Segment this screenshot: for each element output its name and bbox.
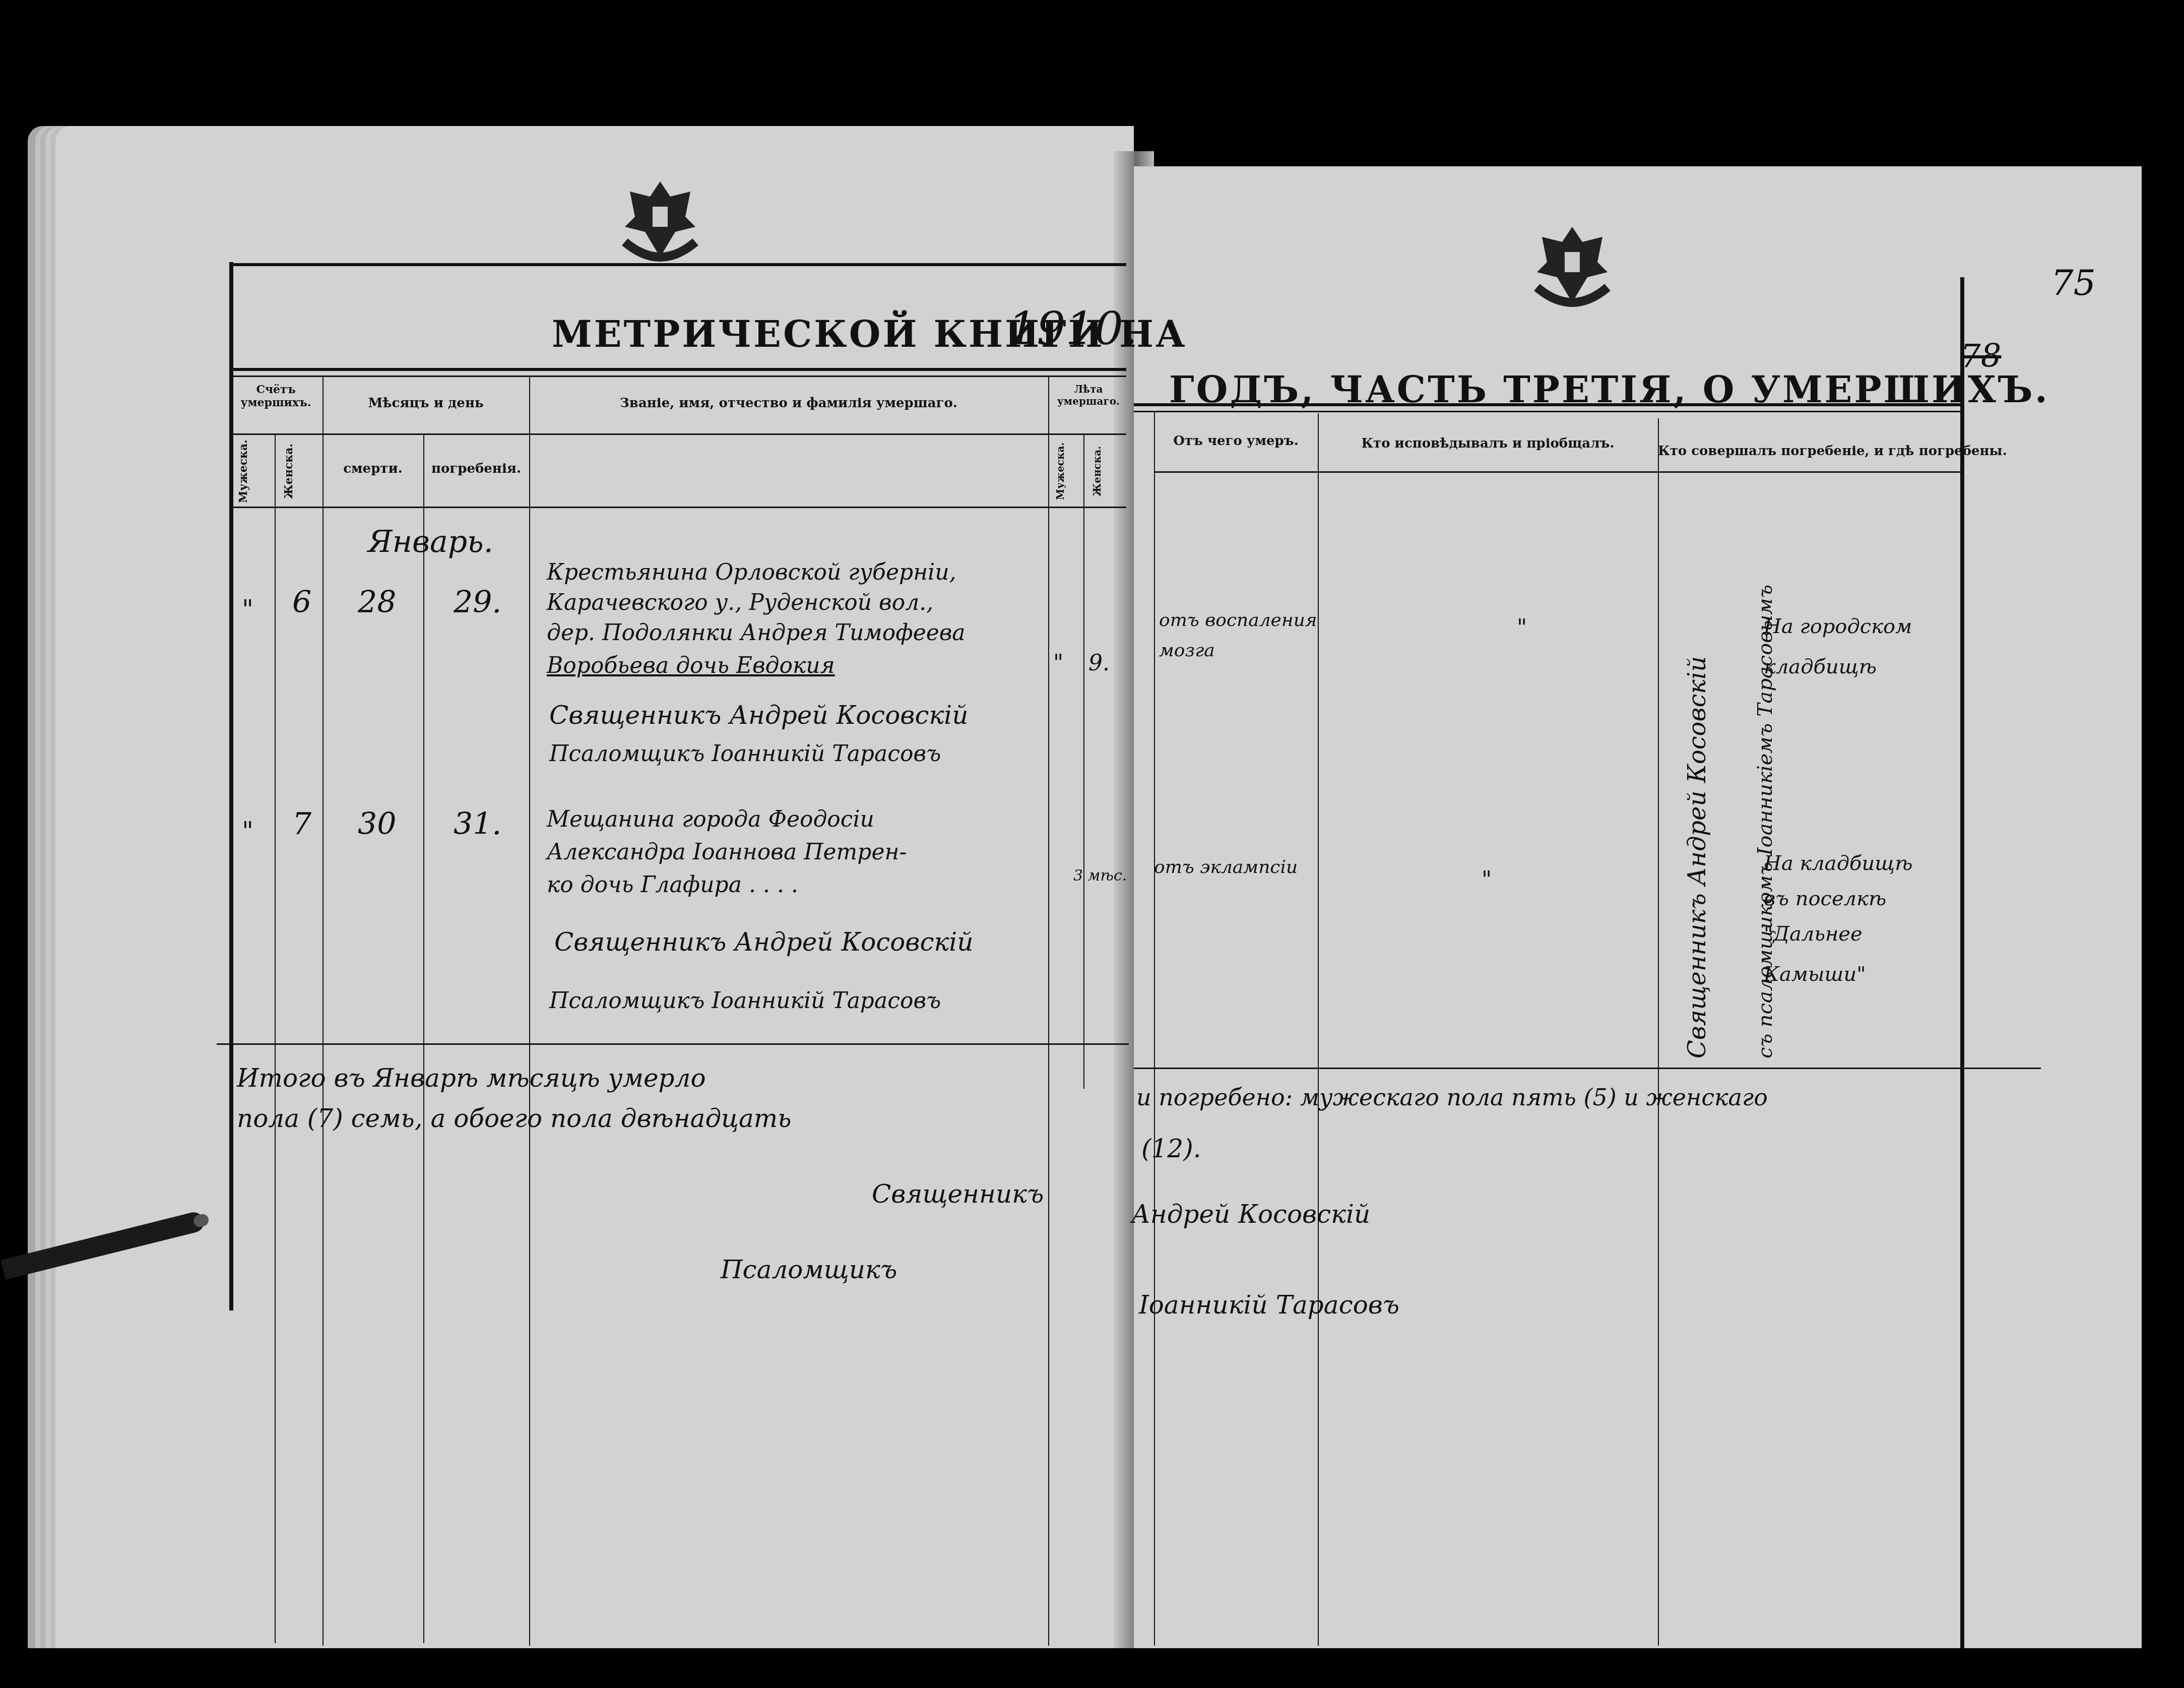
summary-line: Итого въ Январѣ мѣсяцѣ умерло xyxy=(237,1064,706,1093)
header-rule xyxy=(229,376,1126,377)
column-divider xyxy=(1658,418,1659,1646)
header-rule xyxy=(229,368,1126,371)
record-death-day: 28 xyxy=(358,585,396,620)
record-name-line: ко дочь Глафира . . . . xyxy=(547,872,798,898)
header-month-day: Мѣсяцъ и день xyxy=(323,396,529,411)
confessor: " xyxy=(1482,867,1492,893)
column-divider xyxy=(1048,376,1049,1646)
record-age-female: 9. xyxy=(1088,650,1110,676)
record-female-count: 6 xyxy=(292,585,311,620)
handwritten-year: 1910. xyxy=(1008,302,1138,355)
summary-rule xyxy=(217,1043,1129,1045)
burial-place: въ поселкѣ xyxy=(1764,887,1886,910)
left-frame-border xyxy=(229,262,233,1310)
column-divider xyxy=(275,433,276,1643)
record-age-female: 3 мѣс. xyxy=(1073,867,1127,885)
column-divider xyxy=(323,376,324,1646)
imperial-eagle-crest-icon xyxy=(615,171,705,267)
subheader-rule xyxy=(1154,471,1960,473)
burial-officiant-psalmist: съ псаломщикомъ Іоанникіемъ Тарасовымъ xyxy=(1754,454,1777,1058)
header-age: Лѣта умершаго. xyxy=(1051,383,1126,407)
subheader-rule xyxy=(229,433,1126,435)
record-name-line: Карачевского у., Руденской вол., xyxy=(547,590,933,615)
record-burial-day: 29. xyxy=(454,585,501,620)
column-divider xyxy=(1318,413,1319,1646)
record-male-count: " xyxy=(242,595,253,624)
summary-line: (12). xyxy=(1141,1134,1201,1163)
column-divider xyxy=(423,433,424,1643)
burial-officiant-priest: Священникъ Андрей Косовскій xyxy=(1683,575,1711,1058)
summary-psalmist-name: Іоанникій Тарасовъ xyxy=(1139,1290,1399,1320)
summary-line: и погребено: мужескаго пола пять (5) и ж… xyxy=(1136,1084,1768,1111)
summary-rule xyxy=(1134,1068,2041,1069)
burial-place: На кладбищѣ xyxy=(1764,852,1913,875)
priest-signature: Священникъ Андрей Косовскій xyxy=(549,701,969,730)
burial-place: Камыши" xyxy=(1764,963,1866,986)
cause-of-death: мозга xyxy=(1159,640,1215,661)
record-name-line: Мещанина города Феодосіи xyxy=(547,806,874,832)
right-page-title: ГОДЪ, ЧАСТЬ ТРЕТІЯ, О УМЕРШИХЪ. xyxy=(1169,368,2049,411)
priest-signature: Священникъ Андрей Косовскій xyxy=(554,927,974,957)
record-age-male: " xyxy=(1053,650,1063,676)
column-divider xyxy=(1154,411,1155,1646)
cause-of-death: отъ эклампсіи xyxy=(1154,857,1298,878)
record-male-count: " xyxy=(242,817,253,846)
header-age-male: Мужеска. xyxy=(1054,439,1066,504)
psalmist-signature: Псаломщикъ Іоанникій Тарасовъ xyxy=(549,988,941,1014)
header-burial: погребенія. xyxy=(423,461,529,476)
psalmist-signature: Псаломщикъ Іоанникій Тарасовъ xyxy=(549,741,941,767)
crossed-page-number: 78 xyxy=(1960,338,2001,375)
burial-place: На городском xyxy=(1764,615,1912,638)
imperial-eagle-crest-icon xyxy=(1527,217,1618,312)
cause-of-death: отъ воспаления xyxy=(1159,610,1317,631)
month-label: Январь. xyxy=(368,524,493,559)
header-count: Счётъ умершихъ. xyxy=(229,383,323,409)
column-divider xyxy=(529,376,530,1646)
column-divider xyxy=(1083,433,1084,1089)
record-name-line: Воробьева дочь Евдокия xyxy=(547,653,835,678)
header-burial-place: Кто совершалъ погребеніе, и гдѣ погребен… xyxy=(1658,444,1960,459)
subheader-rule xyxy=(229,507,1126,508)
burial-place: "Дальнее xyxy=(1764,922,1862,946)
summary-priest-name: Андрей Косовскій xyxy=(1131,1200,1370,1229)
header-death: смерти. xyxy=(323,461,423,476)
header-cause: Отъ чего умеръ. xyxy=(1154,433,1318,449)
record-name-line: Александра Іоаннова Петрен- xyxy=(547,839,907,865)
header-rule xyxy=(1134,411,1960,412)
header-name: Званіе, имя, отчество и фамилія умершаго… xyxy=(529,396,1048,411)
summary-priest-signature: Священникъ xyxy=(872,1179,1044,1209)
summary-line: пола (7) семь, а обоего пола двѣнадцать xyxy=(237,1104,791,1133)
header-female: Женска. xyxy=(282,439,295,504)
summary-psalmist-signature: Псаломщикъ xyxy=(721,1255,897,1284)
record-burial-day: 31. xyxy=(454,806,501,842)
header-age-female: Женска. xyxy=(1091,439,1103,504)
burial-place: кладбищѣ xyxy=(1764,655,1877,678)
record-death-day: 30 xyxy=(358,806,396,842)
page-number: 75 xyxy=(2051,262,2096,303)
record-female-count: 7 xyxy=(292,806,311,842)
right-frame-border xyxy=(1960,277,1964,1648)
header-confessor: Кто исповѣдывалъ и пріобщалъ. xyxy=(1318,436,1658,451)
record-name-line: дер. Подолянки Андрея Тимофеева xyxy=(547,620,966,646)
confessor: " xyxy=(1517,615,1527,641)
record-name-line: Крестьянина Орловской губерніи, xyxy=(547,559,956,585)
left-frame-top xyxy=(229,263,1126,266)
header-male: Мужеска. xyxy=(237,439,250,504)
